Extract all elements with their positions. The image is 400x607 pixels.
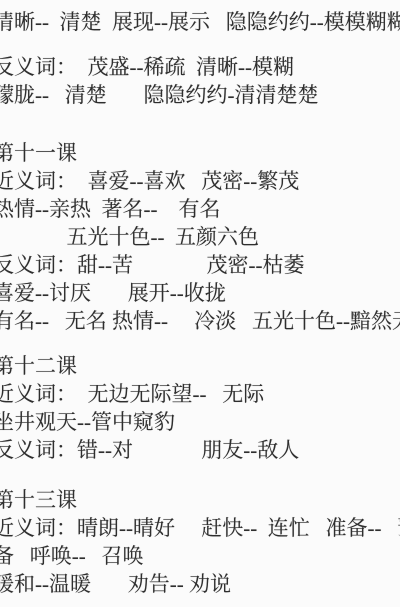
text-line: 喜爱--讨厌 展开--收拢 [0,279,400,307]
text-line: 近义词：晴朗--晴好 赶快-- 连忙 准备-- 预 [0,514,400,542]
lesson-header: 第十三课 [0,486,400,514]
text-line: 暖和--温暖 劝告-- 劝说 [0,570,400,598]
text-line: 坐井观天--管中窥豹 [0,408,400,436]
text-line: 近义词： 无边无际望-- 无际 [0,380,400,408]
text-line: 清晰-- 清楚 展现--展示 隐隐约约--模模糊糊 [0,8,400,36]
lesson-header: 第十一课 [0,139,400,167]
document-section: 反义词： 茂盛--稀疏 清晰--模糊朦胧-- 清楚 隐隐约约-清清楚楚 [0,53,400,109]
text-line: 反义词：错--对 朋友--敌人 [0,436,400,464]
text-line: 五光十色-- 五颜六色 [0,223,400,251]
text-line: 热情--亲热 著名-- 有名 [0,195,400,223]
document-section: 第十二课近义词： 无边无际望-- 无际坐井观天--管中窥豹反义词：错--对 朋友… [0,352,400,464]
document-page: 清晰-- 清楚 展现--展示 隐隐约约--模模糊糊反义词： 茂盛--稀疏 清晰-… [0,0,400,598]
text-line: 反义词： 茂盛--稀疏 清晰--模糊 [0,53,400,81]
text-line: 反义词：甜--苦 茂密--枯萎 [0,251,400,279]
document-section: 第十一课近义词： 喜爱--喜欢 茂密--繁茂热情--亲热 著名-- 有名 五光十… [0,139,400,335]
lesson-header: 第十二课 [0,352,400,380]
document-section: 第十三课近义词：晴朗--晴好 赶快-- 连忙 准备-- 预备 呼唤-- 召唤暖和… [0,486,400,598]
text-line: 近义词： 喜爱--喜欢 茂密--繁茂 [0,167,400,195]
document-section: 清晰-- 清楚 展现--展示 隐隐约约--模模糊糊 [0,8,400,36]
text-line: 有名-- 无名 热情-- 冷淡 五光十色--黯然无光 [0,307,400,335]
text-line: 朦胧-- 清楚 隐隐约约-清清楚楚 [0,81,400,109]
text-line: 备 呼唤-- 召唤 [0,542,400,570]
